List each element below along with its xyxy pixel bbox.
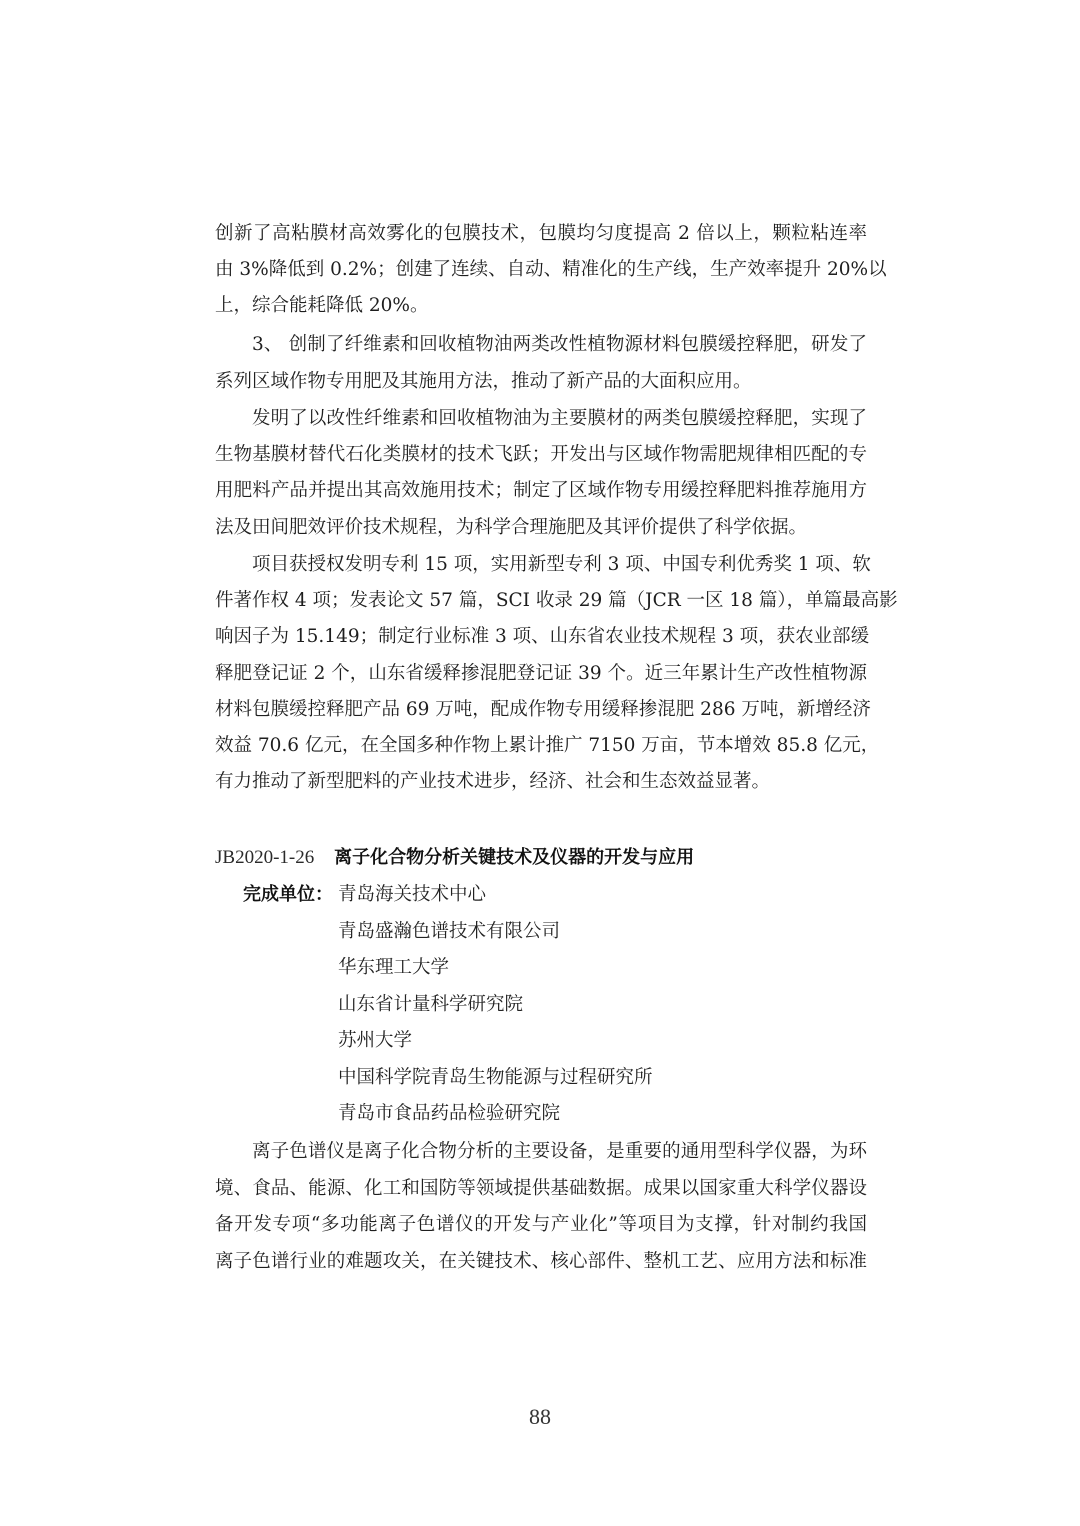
text-line: 创新了高粘膜材高效雾化的包膜技术，包膜均匀度提高 2 倍以上，颗粒粘连率 <box>215 222 867 246</box>
text-line: 由 3%降低到 0.2%；创建了连续、自动、精准化的生产线，生产效率提升 20%… <box>215 258 867 282</box>
text-line: 生物基膜材替代石化类膜材的技术飞跃；开发出与区域作物需肥规律相匹配的专 <box>215 443 867 467</box>
text-line: 效益 70.6 亿元，在全国多种作物上累计推广 7150 万亩，节本增效 85.… <box>215 734 867 758</box>
page-number: 88 <box>0 1404 1080 1430</box>
text-line: 离子色谱仪是离子化合物分析的主要设备，是重要的通用型科学仪器，为环 <box>252 1140 867 1164</box>
text-line: 法及田间肥效评价技术规程，为科学合理施肥及其评价提供了科学依据。 <box>215 516 867 540</box>
text-line: 系列区域作物专用肥及其施用方法，推动了新产品的大面积应用。 <box>215 370 867 394</box>
unit-item: 山东省计量科学研究院 <box>338 993 523 1017</box>
unit-item: 华东理工大学 <box>338 956 449 980</box>
text-line: 境、食品、能源、化工和国防等领域提供基础数据。成果以国家重大科学仪器设 <box>215 1177 867 1201</box>
text-line: 备开发专项“多功能离子色谱仪的开发与产业化”等项目为支撑，针对制约我国 <box>215 1213 867 1237</box>
unit-item: 青岛盛瀚色谱技术有限公司 <box>338 920 560 944</box>
text-line: 上，综合能耗降低 20%。 <box>215 294 867 318</box>
project-title-row: JB2020-1-26 离子化合物分析关键技术及仪器的开发与应用 <box>215 846 694 870</box>
project-code: JB2020-1-26 <box>215 847 314 868</box>
text-line: 件著作权 4 项；发表论文 57 篇，SCI 收录 29 篇（JCR 一区 18… <box>215 589 867 613</box>
text-line: 离子色谱行业的难题攻关，在关键技术、核心部件、整机工艺、应用方法和标准 <box>215 1250 867 1274</box>
text-line: 响因子为 15.149；制定行业标准 3 项、山东省农业技术规程 3 项，获农业… <box>215 625 867 649</box>
project-title: 离子化合物分析关键技术及仪器的开发与应用 <box>334 847 694 868</box>
unit-item: 青岛市食品药品检验研究院 <box>338 1102 560 1126</box>
text-line: 用肥料产品并提出其高效施用技术；制定了区域作物专用缓控释肥料推荐施用方 <box>215 479 867 503</box>
text-line: 释肥登记证 2 个，山东省缓释掺混肥登记证 39 个。近三年累计生产改性植物源 <box>215 662 867 686</box>
unit-item: 青岛海关技术中心 <box>338 883 486 907</box>
document-page: 创新了高粘膜材高效雾化的包膜技术，包膜均匀度提高 2 倍以上，颗粒粘连率 由 3… <box>0 0 1080 1526</box>
text-line: 项目获授权发明专利 15 项，实用新型专利 3 项、中国专利优秀奖 1 项、软 <box>252 553 867 577</box>
numbered-point-heading: 3、 创制了纤维素和回收植物油两类改性植物源材料包膜缓控释肥，研发了 <box>252 333 867 357</box>
units-label: 完成单位： <box>243 883 333 907</box>
text-line: 材料包膜缓控释肥产品 69 万吨，配成作物专用缓释掺混肥 286 万吨，新增经济 <box>215 698 867 722</box>
unit-item: 中国科学院青岛生物能源与过程研究所 <box>338 1066 653 1090</box>
text-line: 有力推动了新型肥料的产业技术进步，经济、社会和生态效益显著。 <box>215 770 867 794</box>
unit-item: 苏州大学 <box>338 1029 412 1053</box>
text-line: 发明了以改性纤维素和回收植物油为主要膜材的两类包膜缓控释肥，实现了 <box>252 407 867 431</box>
